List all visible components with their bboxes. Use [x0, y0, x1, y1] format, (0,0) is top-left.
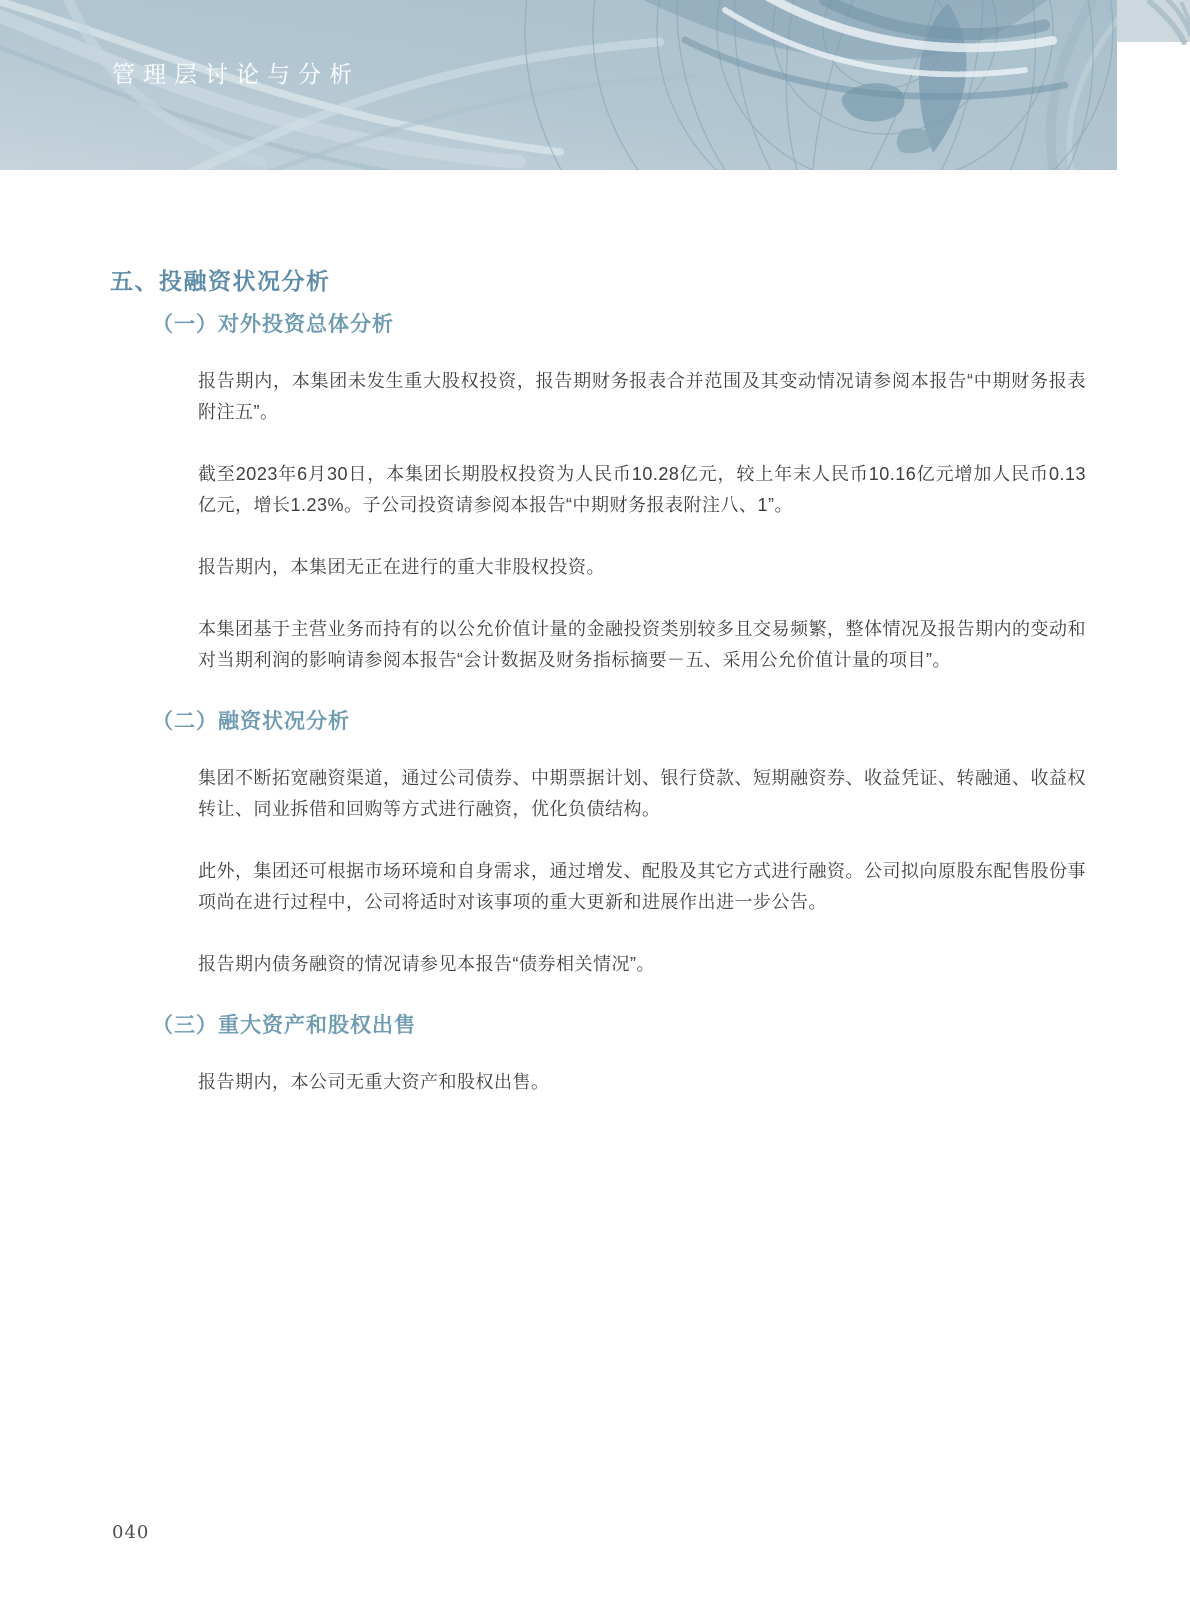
header-title: 管理层讨论与分析: [112, 56, 360, 89]
paragraph: 报告期内债务融资的情况请参见本报告“债券相关情况”。: [198, 949, 1086, 980]
content-area: 五、投融资状况分析 （一）对外投资总体分析 报告期内，本集团未发生重大股权投资，…: [0, 266, 1190, 1129]
paragraph: 集团不断拓宽融资渠道，通过公司债券、中期票据计划、银行贷款、短期融资券、收益凭证…: [198, 763, 1086, 825]
subsection-outbound-investment: （一）对外投资总体分析 报告期内，本集团未发生重大股权投资，报告期财务报表合并范…: [0, 310, 1190, 676]
page-header-band: 管理层讨论与分析: [0, 0, 1190, 170]
paragraph: 报告期内，本集团未发生重大股权投资，报告期财务报表合并范围及其变动情况请参阅本报…: [198, 366, 1086, 428]
subsection-3-title: （三）重大资产和股权出售: [152, 1011, 1190, 1041]
paragraph: 报告期内，本集团无正在进行的重大非股权投资。: [198, 552, 1086, 583]
paragraph: 此外，集团还可根据市场环境和自身需求，通过增发、配股及其它方式进行融资。公司拟向…: [198, 856, 1086, 918]
report-page: 管理层讨论与分析 五、投融资状况分析 （一）对外投资总体分析 报告期内，本集团未…: [0, 0, 1190, 1615]
subsection-1-title: （一）对外投资总体分析: [152, 310, 1190, 340]
subsection-2-title: （二）融资状况分析: [152, 707, 1190, 737]
page-footer: 040: [112, 1522, 149, 1543]
paragraph: 截至2023年6月30日，本集团长期股权投资为人民币10.28亿元，较上年末人民…: [198, 459, 1086, 521]
subsection-major-asset-sales: （三）重大资产和股权出售 报告期内，本公司无重大资产和股权出售。: [0, 1011, 1190, 1098]
paragraph: 本集团基于主营业务而持有的以公允价值计量的金融投资类别较多且交易频繁，整体情况及…: [198, 614, 1086, 676]
subsection-financing-analysis: （二）融资状况分析 集团不断拓宽融资渠道，通过公司债券、中期票据计划、银行贷款、…: [0, 707, 1190, 980]
paragraph: 报告期内，本公司无重大资产和股权出售。: [198, 1067, 1086, 1098]
section-title: 五、投融资状况分析: [110, 266, 1190, 296]
page-number: 040: [112, 1522, 149, 1543]
